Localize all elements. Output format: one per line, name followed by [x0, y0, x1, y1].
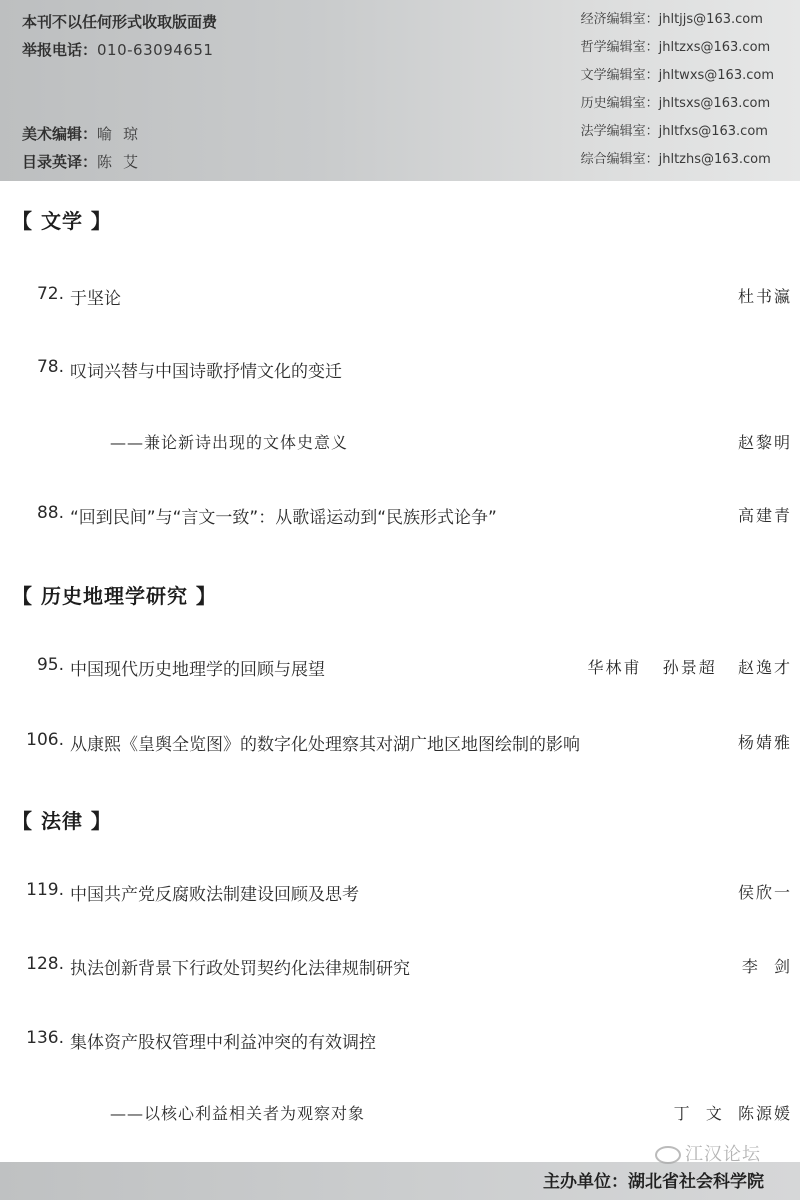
article-title: 中国现代历史地理学的回顾与展望	[70, 655, 325, 680]
toc-entry-subtitle: ——以核心利益相关者为观察对象 丁 文 陈源媛	[0, 1101, 800, 1131]
page-number: 78.	[20, 357, 64, 377]
section-heading-historical-geography: 【 历史地理学研究 】	[12, 580, 217, 609]
article-subtitle: ——以核心利益相关者为观察对象	[110, 1101, 365, 1124]
page-number: 136.	[8, 1028, 64, 1048]
article-title: 叹词兴替与中国诗歌抒情文化的变迁	[70, 357, 342, 382]
article-author: 李 剑	[742, 954, 792, 977]
email-link[interactable]: jhltzhs@163.com	[659, 152, 771, 167]
article-author: 侯欣一	[738, 880, 792, 903]
article-author: 杜书瀛	[738, 284, 792, 307]
article-title: 从康熙《皇舆全览图》的数字化处理察其对湖广地区地图绘制的影响	[70, 730, 580, 755]
toc-translator: 目录英译：陈 艾	[22, 148, 139, 176]
office-history: 历史编辑室：jhltsxs@163.com	[581, 90, 774, 118]
article-title: “回到民间”与“言文一致”：从歌谣运动到“民族形式论争”	[70, 503, 497, 528]
page-number: 95.	[20, 655, 64, 675]
section-heading-literature: 【 文学 】	[12, 205, 112, 234]
article-author: 赵黎明	[738, 430, 792, 453]
art-editor: 美术编辑：喻 琼	[22, 120, 139, 148]
office-philosophy: 哲学编辑室：jhltzxs@163.com	[581, 34, 774, 62]
masthead-info-band: 本刊不以任何形式收取版面费 举报电话：010-63094651 美术编辑：喻 琼…	[0, 0, 800, 181]
toc-entry[interactable]: 128. 执法创新背景下行政处罚契约化法律规制研究 李 剑	[0, 954, 800, 984]
email-link[interactable]: jhltwxs@163.com	[659, 68, 774, 83]
toc-entry[interactable]: 88. “回到民间”与“言文一致”：从歌谣运动到“民族形式论争” 高建青	[0, 503, 800, 533]
article-title: 中国共产党反腐败法制建设回顾及思考	[70, 880, 359, 905]
article-author: 丁 文 陈源媛	[674, 1101, 792, 1124]
page-number: 106.	[8, 730, 64, 750]
email-link[interactable]: jhltzxs@163.com	[659, 40, 771, 55]
article-author: 华林甫 孙景超 赵逸才	[587, 655, 792, 678]
email-link[interactable]: jhltfxs@163.com	[659, 124, 768, 139]
section-heading-law: 【 法律 】	[12, 805, 112, 834]
toc-entry[interactable]: 78. 叹词兴替与中国诗歌抒情文化的变迁	[0, 357, 800, 387]
editorial-office-contacts: 经济编辑室：jhltjjs@163.com 哲学编辑室：jhltzxs@163.…	[581, 6, 774, 174]
page-number: 119.	[8, 880, 64, 900]
footer-band: 主办单位：湖北省社会科学院	[0, 1162, 800, 1200]
organizer: 主办单位：湖北省社会科学院	[543, 1167, 764, 1192]
page-number: 72.	[20, 284, 64, 304]
office-general: 综合编辑室：jhltzhs@163.com	[581, 146, 774, 174]
office-literature: 文学编辑室：jhltwxs@163.com	[581, 62, 774, 90]
wechat-watermark: 江汉论坛	[655, 1140, 761, 1166]
article-subtitle: ——兼论新诗出现的文体史意义	[110, 430, 348, 453]
toc-entry[interactable]: 95. 中国现代历史地理学的回顾与展望 华林甫 孙景超 赵逸才	[0, 655, 800, 685]
wechat-icon	[655, 1146, 681, 1164]
page-number: 88.	[20, 503, 64, 523]
credits: 美术编辑：喻 琼 目录英译：陈 艾	[22, 120, 139, 176]
email-link[interactable]: jhltsxs@163.com	[659, 96, 771, 111]
page-number: 128.	[8, 954, 64, 974]
journal-info: 本刊不以任何形式收取版面费 举报电话：010-63094651 美术编辑：喻 琼…	[22, 8, 217, 64]
toc-entry[interactable]: 119. 中国共产党反腐败法制建设回顾及思考 侯欣一	[0, 880, 800, 910]
toc-entry[interactable]: 106. 从康熙《皇舆全览图》的数字化处理察其对湖广地区地图绘制的影响 杨婧雅	[0, 730, 800, 760]
toc-entry[interactable]: 136. 集体资产股权管理中利益冲突的有效调控	[0, 1028, 800, 1058]
article-author: 杨婧雅	[738, 730, 792, 753]
article-title: 执法创新背景下行政处罚契约化法律规制研究	[70, 954, 410, 979]
fee-notice: 本刊不以任何形式收取版面费	[22, 8, 217, 36]
toc-entry-subtitle: ——兼论新诗出现的文体史意义 赵黎明	[0, 430, 800, 460]
office-law: 法学编辑室：jhltfxs@163.com	[581, 118, 774, 146]
email-link[interactable]: jhltjjs@163.com	[659, 12, 763, 27]
article-author: 高建青	[738, 503, 792, 526]
article-title: 于坚论	[70, 284, 121, 309]
toc-entry[interactable]: 72. 于坚论 杜书瀛	[0, 284, 800, 314]
report-hotline: 举报电话：010-63094651	[22, 36, 217, 64]
office-economics: 经济编辑室：jhltjjs@163.com	[581, 6, 774, 34]
article-title: 集体资产股权管理中利益冲突的有效调控	[70, 1028, 376, 1053]
